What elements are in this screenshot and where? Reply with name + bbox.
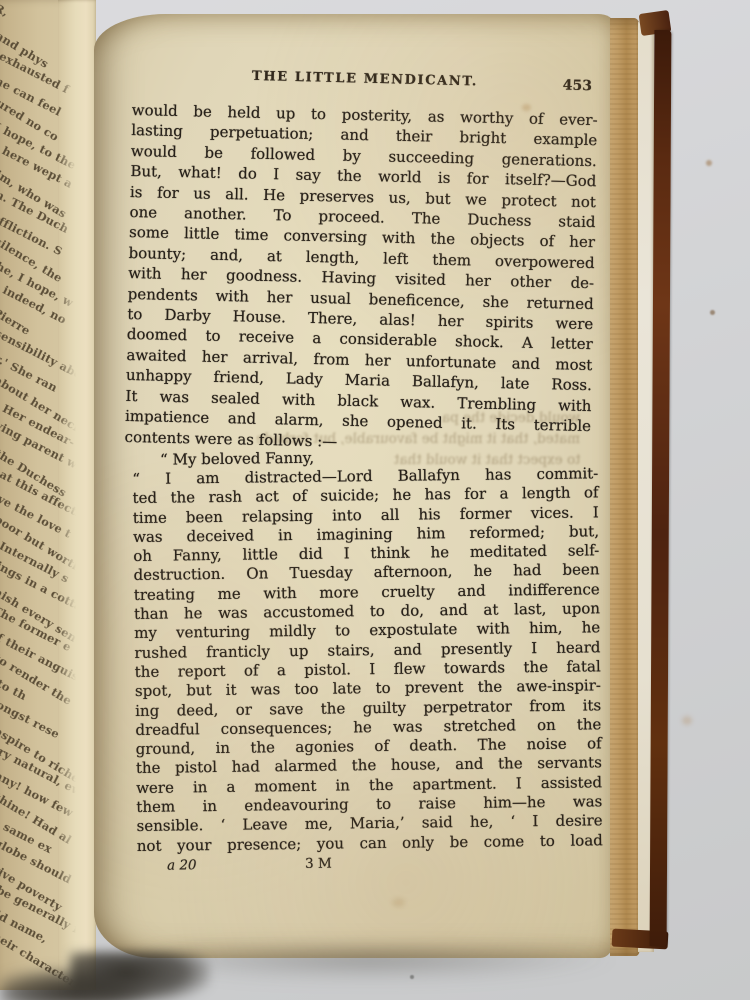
page-footer: a 20 3 M — [137, 852, 603, 880]
foxing-spot — [710, 310, 715, 315]
page-number: 453 — [562, 78, 592, 95]
foxing-spot — [682, 716, 692, 725]
running-header: THE LITTLE MENDICANT. 453 — [132, 66, 598, 99]
signature-mark-left: a 20 — [167, 857, 197, 873]
narrative-paragraph: would be held up to posterity, as worthy… — [124, 100, 597, 457]
signature-mark-center: 3 M — [305, 855, 332, 871]
letter-section: “ My beloved Fanny, “ I am distracted—Lo… — [132, 444, 603, 880]
book-photograph: OR,es and physis exhausted fnone can fee… — [0, 0, 750, 1000]
leather-cover-edge — [650, 30, 672, 946]
foxing-spot — [392, 898, 405, 907]
foxing-spot — [706, 160, 712, 166]
page-title: THE LITTLE MENDICANT. — [252, 69, 478, 90]
under-page-shadow — [70, 952, 210, 1000]
letter-body: “ I am distracted—Lord Ballafyn has comm… — [132, 464, 603, 856]
facing-page-edge: OR,es and physis exhausted fnone can fee… — [0, 0, 96, 990]
book-page: would decide the pamated, that it might … — [94, 14, 614, 958]
page-curl-highlight — [58, 0, 96, 990]
page-fore-edge — [610, 18, 640, 956]
